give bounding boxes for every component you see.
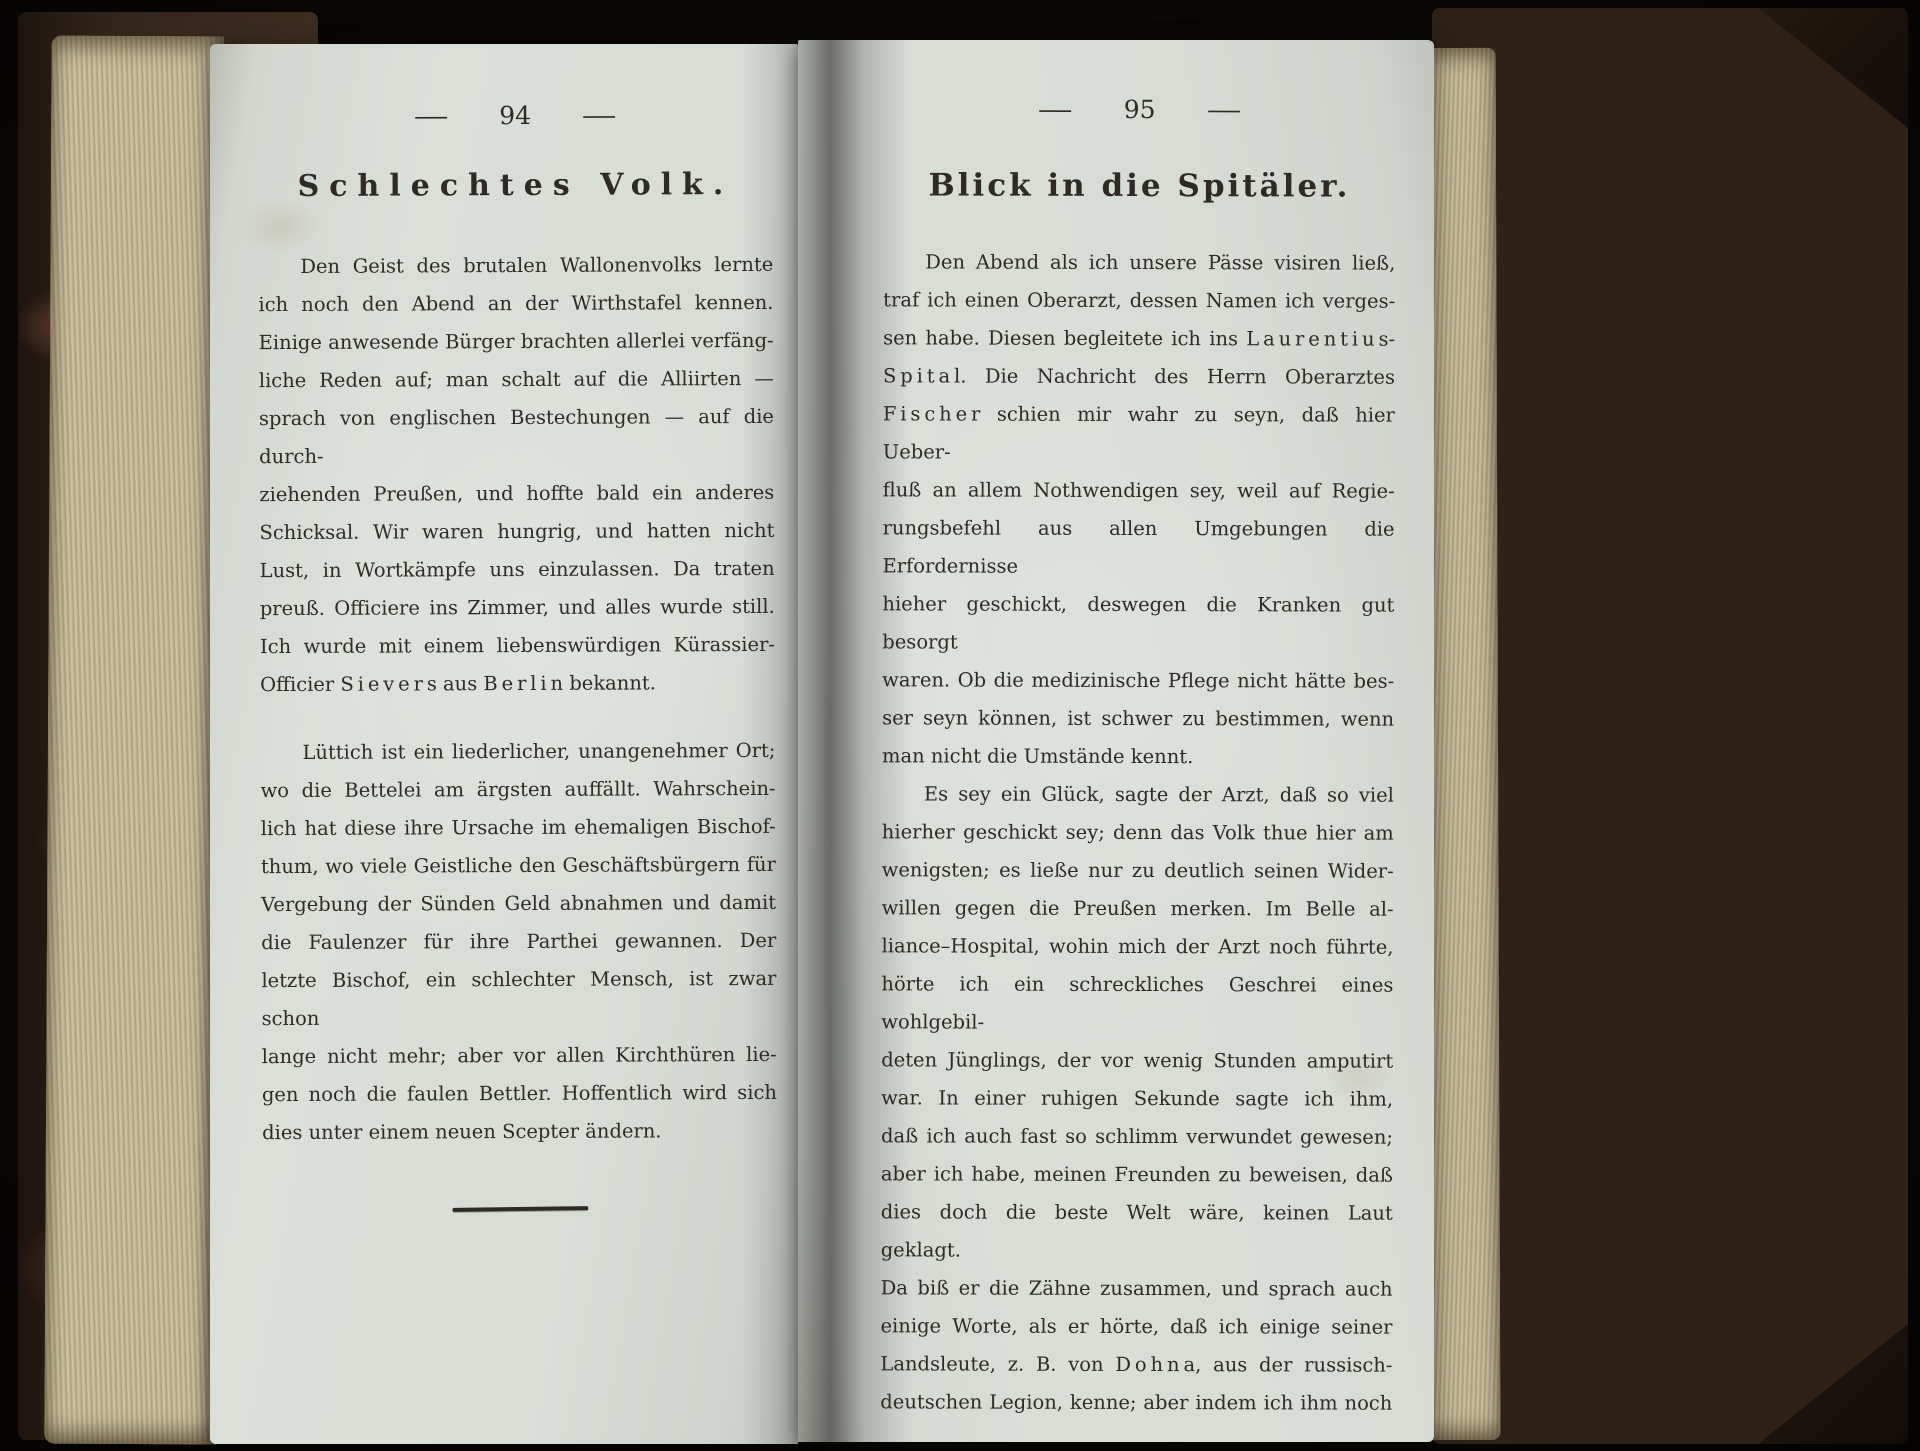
paragraph: Den Abend als ich unsere Pässe visiren l…	[882, 243, 1395, 776]
text-line: Es sey ein Glück, sagte der Arzt, daß so…	[882, 775, 1394, 814]
paragraph: Lüttich ist ein liederlicher, unangenehm…	[260, 732, 777, 1152]
text-line: deten Jünglings, der vor wenig Stunden a…	[881, 1041, 1393, 1080]
text-line: Da biß er die Zähne zusammen, und sprach…	[881, 1269, 1393, 1308]
text-line: Schicksal. Wir waren hungrig, und hatten…	[259, 512, 774, 552]
chapter-title-blick-in-die-spitaeler: Blick in die Spitäler.	[883, 167, 1395, 204]
leather-corner-top-right	[1758, 8, 1908, 128]
text-line: Landsleute, z. B. von D o h n a, aus der…	[880, 1345, 1392, 1384]
book-photo: — 94 — Schlechtes Volk. Den Geist des br…	[0, 0, 1920, 1451]
header-dash-right: —	[582, 100, 617, 129]
page-94-text-column: — 94 — Schlechtes Volk. Den Geist des br…	[258, 97, 778, 1212]
text-line: wo die Bettelei am ärgsten auffällt. Wah…	[261, 770, 776, 810]
text-line: einige Worte, als er hörte, daß ich eini…	[880, 1307, 1392, 1346]
text-line: wenigsten; es ließe nur zu deutlich sein…	[882, 851, 1394, 890]
text-line: war. In einer ruhigen Sekunde sagte ich …	[881, 1079, 1393, 1118]
text-line: ich noch den Abend an der Wirthstafel ke…	[258, 284, 773, 324]
text-line: Vergebung der Sünden Geld abnahmen und d…	[261, 884, 776, 924]
page-edges-left	[44, 36, 223, 1445]
text-line: Lust, in Wortkämpfe uns einzulassen. Da …	[260, 550, 775, 590]
text-line: rungsbefehl aus allen Umgebungen die Erf…	[882, 509, 1394, 586]
text-line: hieher geschickt, deswegen die Kranken g…	[882, 585, 1394, 662]
page-94-header: — 94 —	[258, 97, 773, 133]
text-line: deutschen Legion, kenne; aber indem ich …	[880, 1383, 1392, 1422]
text-line: hörte ich ein schreckliches Geschrei ein…	[881, 965, 1393, 1042]
page-number-95: 95	[1124, 94, 1156, 123]
text-line: Ich wurde mit einem liebenswürdigen Küra…	[260, 626, 775, 666]
text-line: daß ich auch fast so schlimm verwundet g…	[881, 1117, 1393, 1156]
text-line: dies doch die beste Welt wäre, keinen La…	[881, 1193, 1393, 1270]
text-line: S p i t a l. Die Nachricht des Herrn Obe…	[883, 357, 1395, 396]
text-line: dies unter einem neuen Scepter ändern.	[262, 1112, 777, 1152]
text-line: Den Geist des brutalen Wallonenvolks ler…	[258, 246, 773, 286]
text-line: lange nicht mehr; aber vor allen Kirchth…	[262, 1036, 777, 1076]
header-dash-left: —	[1038, 94, 1073, 123]
page-95-header: — 95 —	[884, 91, 1396, 126]
chapter-title-schlechtes-volk: Schlechtes Volk.	[258, 167, 773, 204]
text-line: waren. Ob die medizinische Pflege nicht …	[882, 661, 1394, 700]
text-line: Den Abend als ich unsere Pässe visiren l…	[883, 243, 1395, 282]
text-line: willen gegen die Preußen merken. Im Bell…	[882, 889, 1394, 928]
paragraph: Den Geist des brutalen Wallonenvolks ler…	[258, 246, 775, 704]
text-line: Lüttich ist ein liederlicher, unangenehm…	[260, 732, 775, 772]
text-line: ser seyn können, ist schwer zu bestimmen…	[882, 699, 1394, 738]
text-line: F i s c h e r schien mir wahr zu seyn, d…	[883, 395, 1395, 472]
text-line: sen habe. Diesen begleitete ich ins L a …	[883, 319, 1395, 358]
text-line: Einige anwesende Bürger brachten allerle…	[259, 322, 774, 362]
header-dash-left: —	[413, 101, 448, 130]
text-line: man nicht die Umstände kennt.	[882, 737, 1394, 776]
text-line: Officier S i e v e r s aus B e r l i n b…	[260, 664, 775, 704]
page-number-94: 94	[499, 100, 531, 129]
page-95-text-column: — 95 — Blick in die Spitäler. Den Abend …	[880, 91, 1395, 1422]
leather-corner-bottom-right	[1758, 1324, 1908, 1444]
text-line: lich hat diese ihre Ursache im ehemalige…	[261, 808, 776, 848]
text-line: thum, wo viele Geistliche den Geschäftsb…	[261, 846, 776, 886]
paragraph: Es sey ein Glück, sagte der Arzt, daß so…	[880, 775, 1394, 1422]
text-line: fluß an allem Nothwendigen sey, weil auf…	[883, 471, 1395, 510]
book-cover-right-marbled	[1432, 8, 1908, 1444]
text-line: traf ich einen Oberarzt, dessen Namen ic…	[883, 281, 1395, 320]
text-line: ziehenden Preußen, und hoffte bald ein a…	[259, 474, 774, 514]
text-line: letzte Bischof, ein schlechter Mensch, i…	[261, 960, 776, 1038]
text-line: preuß. Officiere ins Zimmer, und alles w…	[260, 588, 775, 628]
header-dash-right: —	[1207, 95, 1242, 124]
text-line: liche Reden auf; man schalt auf die Alli…	[259, 360, 774, 400]
text-line: gen noch die faulen Bettler. Hoffentlich…	[262, 1074, 777, 1114]
text-line: liance–Hospital, wohin mich der Arzt noc…	[881, 927, 1393, 966]
text-line: aber ich habe, meinen Freunden zu beweis…	[881, 1155, 1393, 1194]
text-line: sprach von englischen Bestechungen — auf…	[259, 398, 774, 476]
text-line: hierher geschickt sey; denn das Volk thu…	[882, 813, 1394, 852]
text-line: die Faulenzer für ihre Parthei gewannen.…	[261, 922, 776, 962]
